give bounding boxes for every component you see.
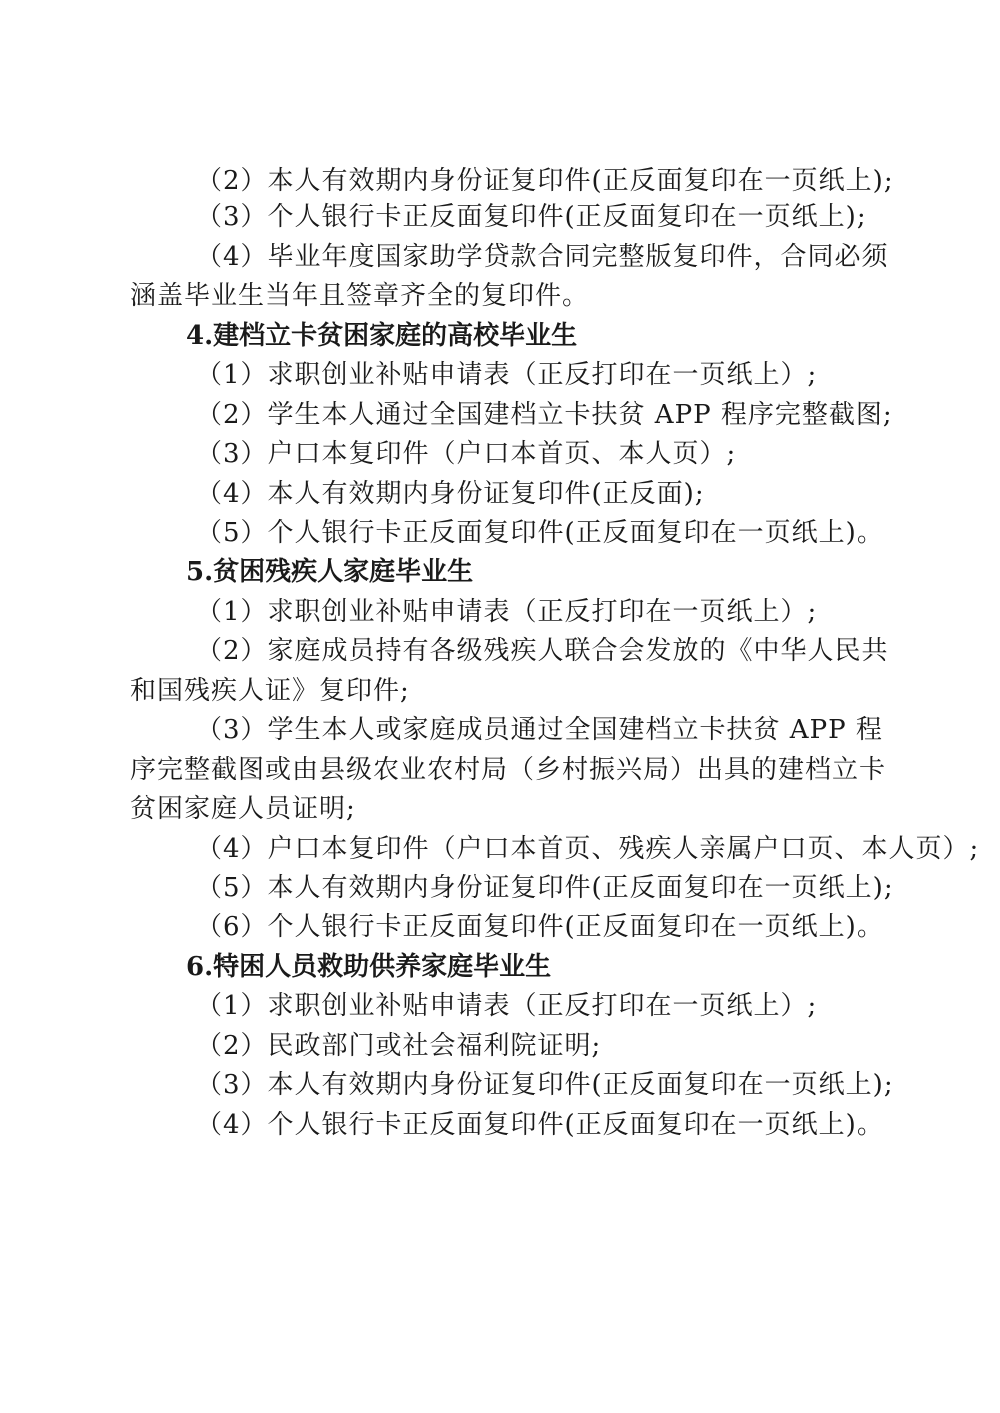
list-item: （3）学生本人或家庭成员通过全国建档立卡扶贫 APP 程 — [196, 712, 883, 748]
list-item: （1）求职创业补贴申请表（正反打印在一页纸上）; — [196, 357, 817, 393]
list-item: （6）个人银行卡正反面复印件(正反面复印在一页纸上)。 — [196, 909, 884, 945]
list-item: （3）个人银行卡正反面复印件(正反面复印在一页纸上); — [196, 199, 867, 235]
list-item: （3）户口本复印件（户口本首页、本人页）; — [196, 436, 736, 472]
list-item: （4）毕业年度国家助学贷款合同完整版复印件，合同必须 — [196, 239, 889, 275]
list-item: （2）本人有效期内身份证复印件(正反面复印在一页纸上); — [196, 163, 894, 199]
list-item: （4）个人银行卡正反面复印件(正反面复印在一页纸上)。 — [196, 1107, 884, 1143]
list-item-continuation: 和国残疾人证》复印件; — [130, 673, 410, 709]
list-item: （1）求职创业补贴申请表（正反打印在一页纸上）; — [196, 988, 817, 1024]
list-item: （3）本人有效期内身份证复印件(正反面复印在一页纸上); — [196, 1067, 894, 1103]
section-heading: 5.贫困残疾人家庭毕业生 — [186, 554, 473, 590]
list-item: （1）求职创业补贴申请表（正反打印在一页纸上）; — [196, 594, 817, 630]
list-item-continuation: 贫困家庭人员证明; — [130, 791, 356, 827]
list-item-continuation: 序完整截图或由县级农业农村局（乡村振兴局）出具的建档立卡 — [130, 752, 886, 788]
list-item: （2）家庭成员持有各级残疾人联合会发放的《中华人民共 — [196, 633, 889, 669]
list-item: （4）本人有效期内身份证复印件(正反面); — [196, 476, 705, 512]
list-item: （4）户口本复印件（户口本首页、残疾人亲属户口页、本人页）; — [196, 831, 979, 867]
list-item: （2）学生本人通过全国建档立卡扶贫 APP 程序完整截图; — [196, 397, 893, 433]
list-item-continuation: 涵盖毕业生当年且签章齐全的复印件。 — [130, 278, 589, 314]
section-heading: 6.特困人员救助供养家庭毕业生 — [186, 949, 551, 985]
section-heading: 4.建档立卡贫困家庭的高校毕业生 — [186, 318, 577, 354]
list-item: （5）个人银行卡正反面复印件(正反面复印在一页纸上)。 — [196, 515, 884, 551]
list-item: （5）本人有效期内身份证复印件(正反面复印在一页纸上); — [196, 870, 894, 906]
list-item: （2）民政部门或社会福利院证明; — [196, 1028, 601, 1064]
document-page: （2）本人有效期内身份证复印件(正反面复印在一页纸上); （3）个人银行卡正反面… — [0, 0, 1000, 1413]
